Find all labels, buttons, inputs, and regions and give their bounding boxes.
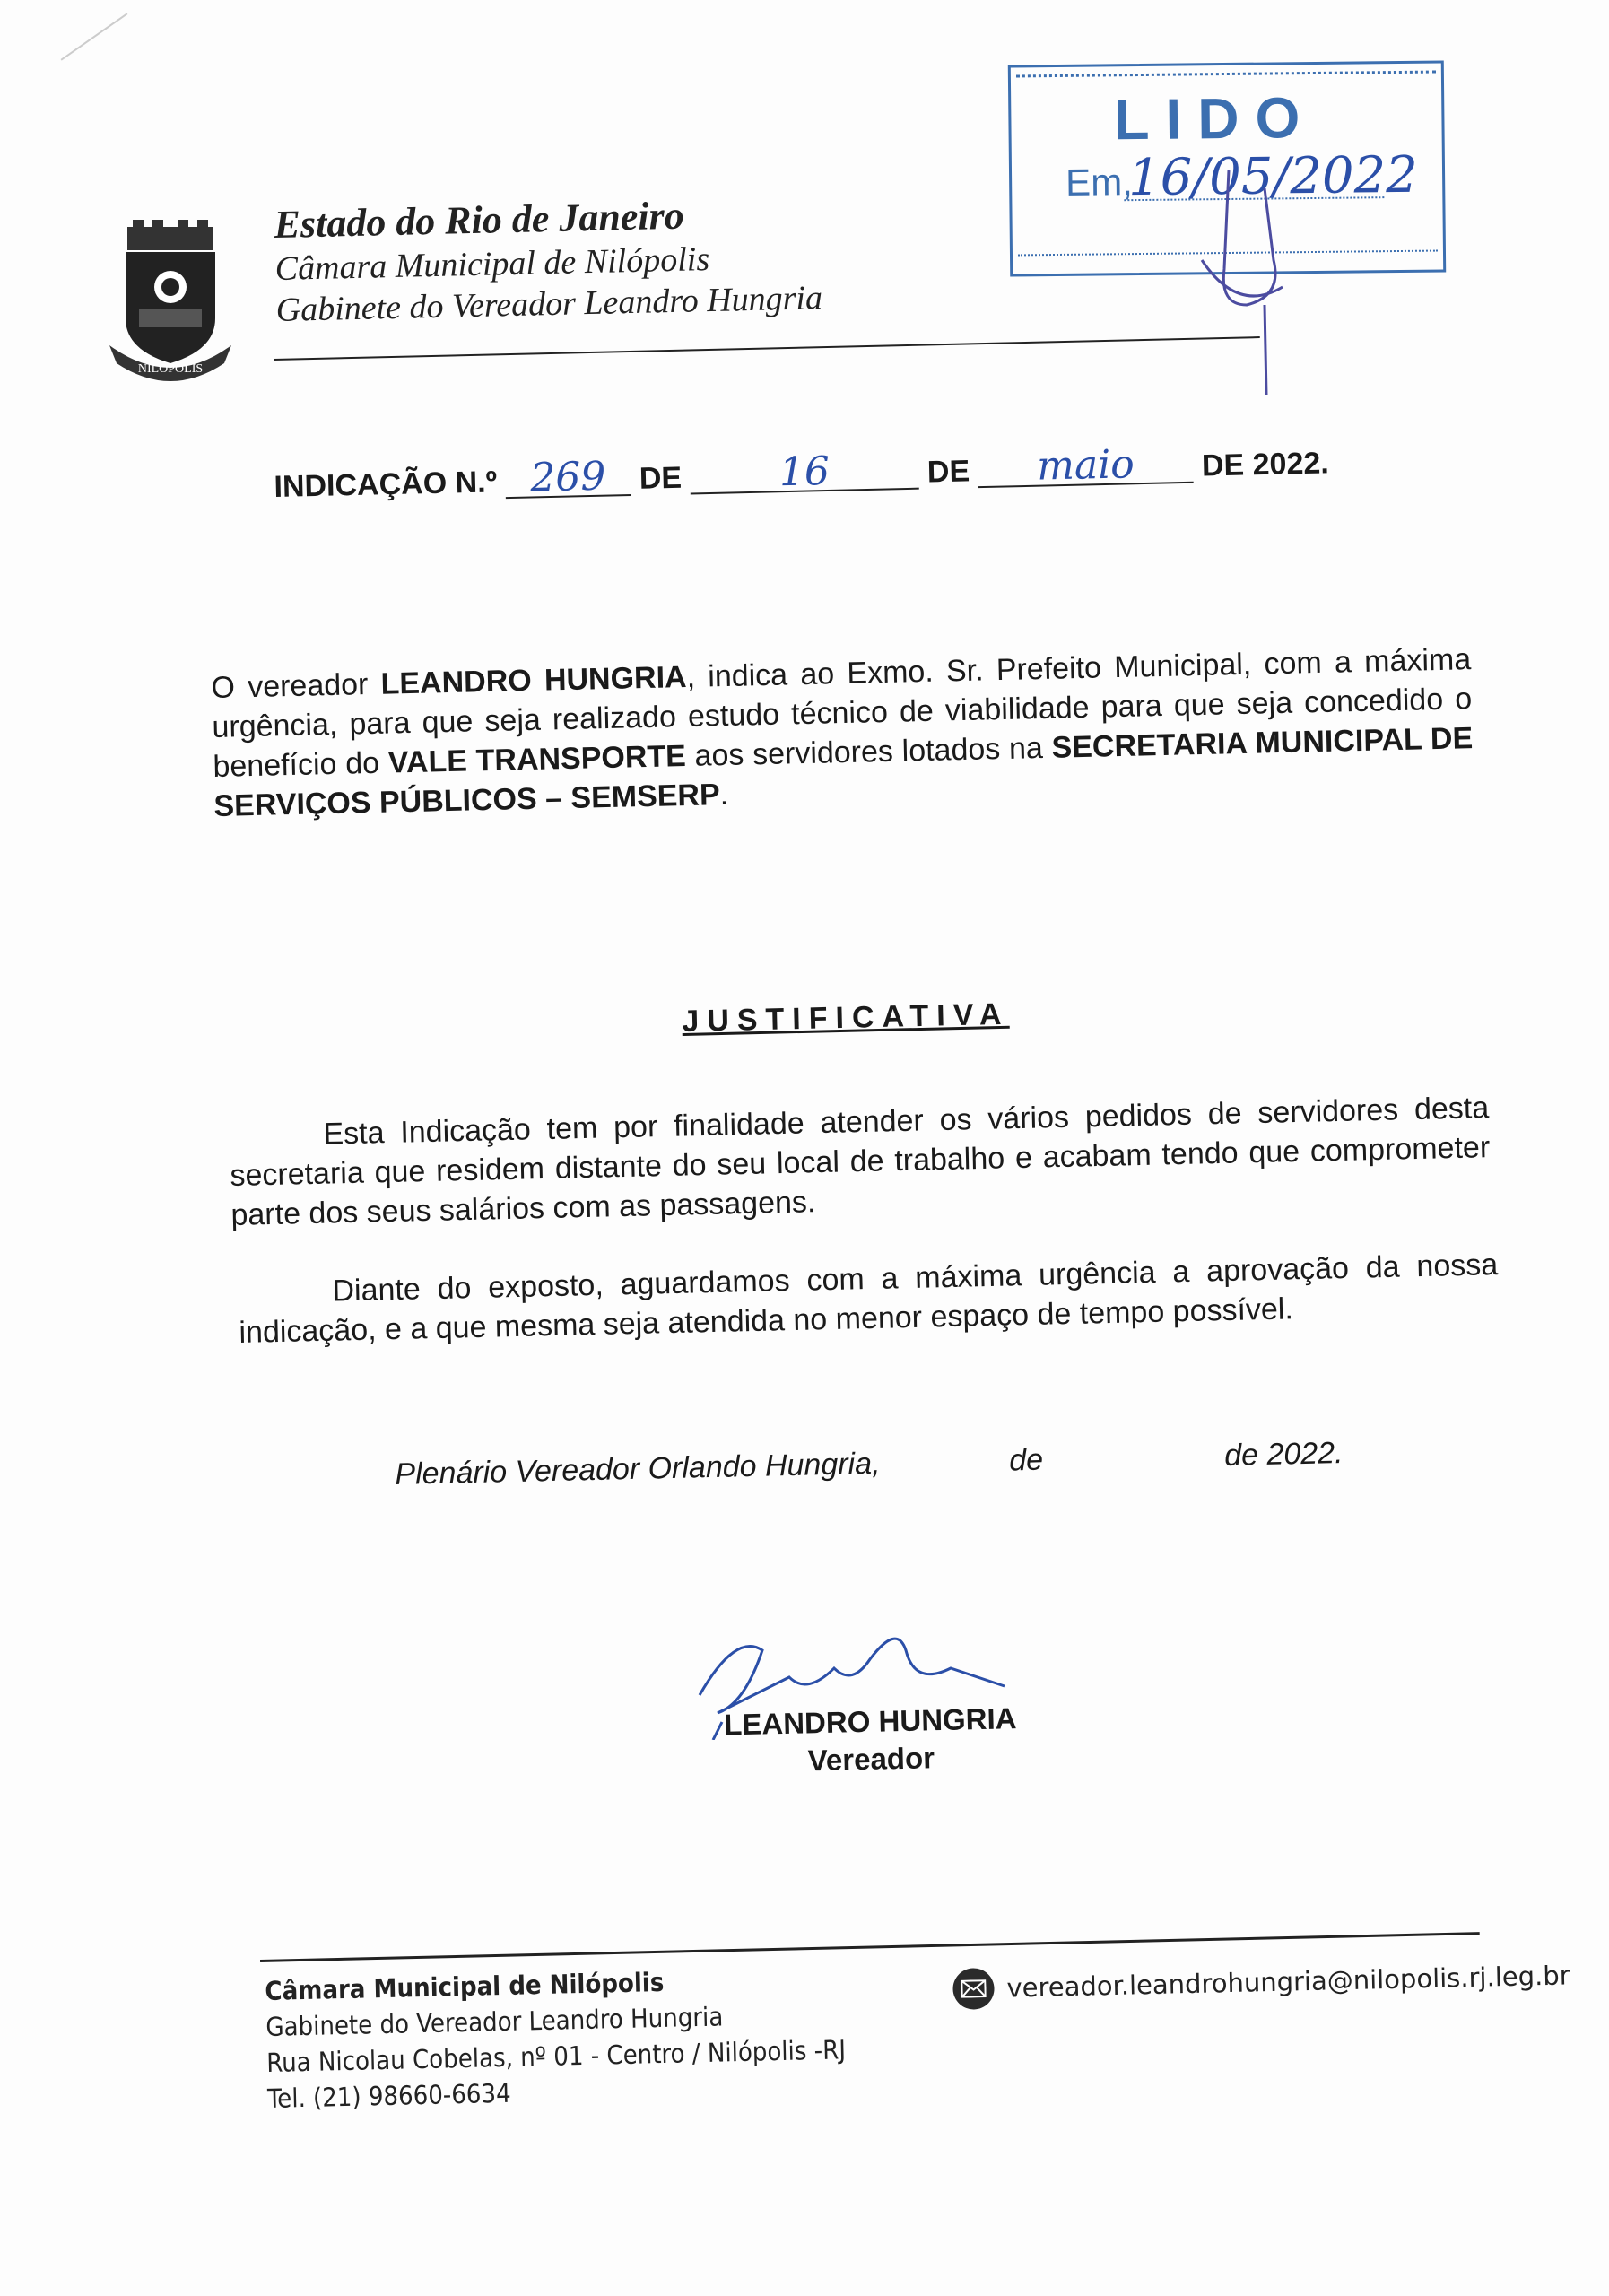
indicacao-month: maio xyxy=(978,446,1194,488)
indicacao-number: 269 xyxy=(505,458,631,499)
svg-text:NILÓPOLIS: NILÓPOLIS xyxy=(138,361,203,376)
justificativa-heading: JUSTIFICATIVA xyxy=(682,997,1010,1039)
indicacao-text: O vereador LEANDRO HUNGRIA, indica ao Ex… xyxy=(211,639,1474,826)
email-address[interactable]: vereador.leandrohungria@nilopolis.rj.leg… xyxy=(1006,1960,1570,2003)
footer-divider xyxy=(260,1932,1480,1962)
header-divider xyxy=(274,336,1260,361)
date-year: de 2022. xyxy=(1224,1436,1344,1474)
justificativa-paragraph-1: Esta Indicação tem por finalidade atende… xyxy=(229,1088,1492,1235)
benefit-name: VALE TRANSPORTE xyxy=(387,739,686,780)
signer-role: Vereador xyxy=(705,1739,1038,1780)
indicacao-label: INDICAÇÃO N.º xyxy=(274,465,497,504)
indicacao-day: 16 xyxy=(690,452,919,495)
letterhead: Estado do Rio de Janeiro Câmara Municipa… xyxy=(274,189,822,331)
closing-place-date: Plenário Vereador Orlando Hungria, de de… xyxy=(395,1447,881,1492)
plenario-name: Plenário Vereador Orlando Hungria, xyxy=(395,1447,881,1492)
indicacao-line: INDICAÇÃO N.º 269 DE 16 DE maio DE 2022. xyxy=(274,442,1329,505)
stamp-title: LIDO xyxy=(1114,84,1317,152)
initials-scribble-icon xyxy=(1166,161,1309,413)
scan-mark xyxy=(61,13,128,60)
de-label: DE xyxy=(926,454,970,489)
year-label: DE 2022. xyxy=(1202,446,1330,483)
signer-name: LEANDRO HUNGRIA xyxy=(724,1701,1017,1741)
signature-block: LEANDRO HUNGRIA Vereador xyxy=(704,1701,1038,1780)
justificativa-paragraph-2: Diante do exposto, aguardamos com a máxi… xyxy=(238,1245,1500,1352)
vereador-name: LEANDRO HUNGRIA xyxy=(380,660,687,701)
city-crest-icon: NILÓPOLIS xyxy=(108,220,233,381)
footer-address: Câmara Municipal de Nilópolis Gabinete d… xyxy=(265,1960,847,2117)
de-label: DE xyxy=(639,461,682,496)
stamp-dotted-border xyxy=(1016,71,1436,78)
envelope-icon xyxy=(952,1968,995,2010)
footer-email: vereador.leandrohungria@nilopolis.rj.leg… xyxy=(952,1954,1570,2010)
date-de: de xyxy=(1009,1443,1044,1479)
stamp-em-label: Em, xyxy=(1065,161,1133,204)
